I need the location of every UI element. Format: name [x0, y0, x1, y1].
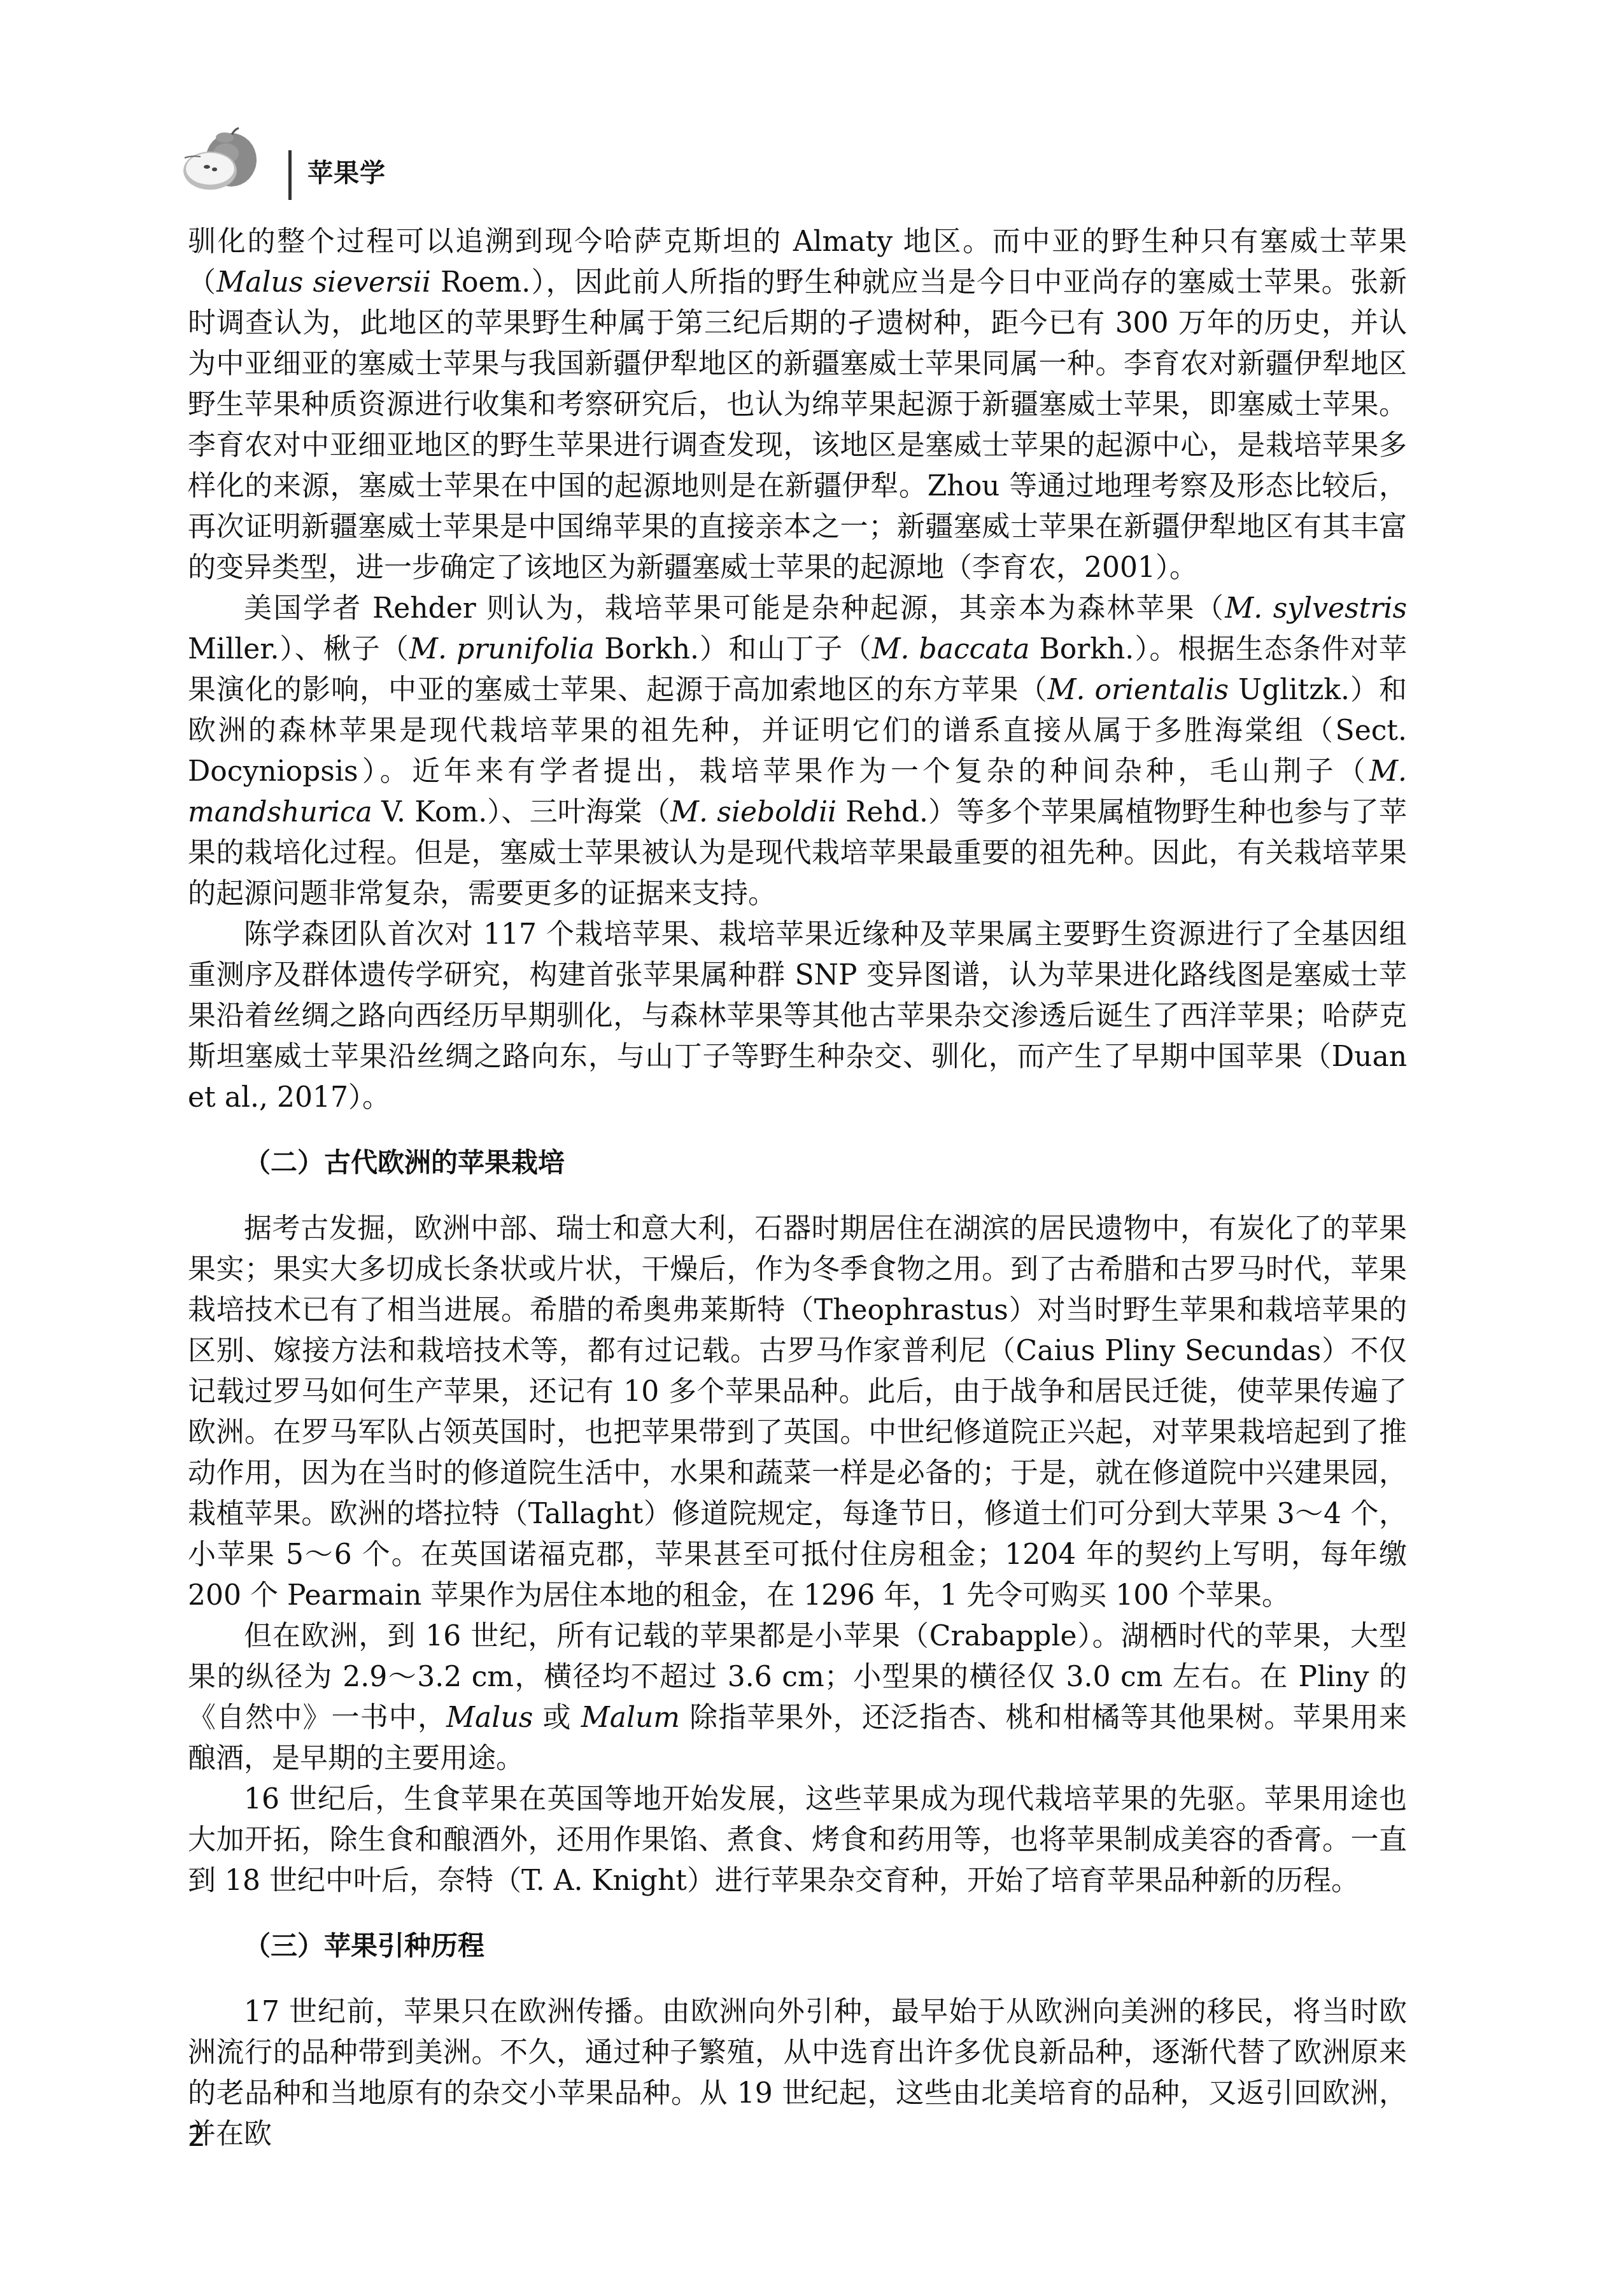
paragraph: 美国学者 Rehder 则认为，栽培苹果可能是杂种起源，其亲本为森林苹果（M. … [188, 588, 1407, 914]
latin-species-name: Malus sieversii [216, 266, 431, 299]
section-heading: （三）苹果引种历程 [244, 1926, 1407, 1966]
latin-species-name: M. orientalis [1047, 674, 1229, 706]
running-header: 苹果学 [175, 125, 621, 208]
page-number: 2 [188, 2120, 206, 2153]
paragraph: 16 世纪后，生食苹果在英国等地开始发展，这些苹果成为现代栽培苹果的先驱。苹果用… [188, 1779, 1407, 1901]
paragraph: 驯化的整个过程可以追溯到现今哈萨克斯坦的 Almaty 地区。而中亚的野生种只有… [188, 222, 1407, 588]
latin-species-name: M. sieboldii [670, 796, 837, 828]
section-heading: （二）古代欧洲的苹果栽培 [244, 1142, 1407, 1183]
paragraph: 17 世纪前，苹果只在欧洲传播。由欧洲向外引种，最早始于从欧洲向美洲的移民，将当… [188, 1992, 1407, 2155]
latin-species-name: M. prunifolia [409, 633, 595, 665]
paragraph: 陈学森团队首次对 117 个栽培苹果、栽培苹果近缘种及苹果属主要野生资源进行了全… [188, 914, 1407, 1118]
apple-halved-icon [175, 125, 271, 195]
paragraph: 据考古发掘，欧洲中部、瑞士和意大利，石器时期居住在湖滨的居民遗物中，有炭化了的苹… [188, 1209, 1407, 1616]
latin-species-name: Malus [446, 1701, 533, 1734]
book-title: 苹果学 [307, 153, 386, 189]
page-body: 驯化的整个过程可以追溯到现今哈萨克斯坦的 Almaty 地区。而中亚的野生种只有… [188, 222, 1407, 2155]
latin-species-name: Malum [581, 1701, 680, 1734]
latin-species-name: M. sylvestris [1225, 592, 1407, 625]
latin-species-name: M. baccata [872, 633, 1029, 665]
header-divider [288, 150, 292, 200]
paragraph: 但在欧洲，到 16 世纪，所有记载的苹果都是小苹果（Crabapple）。湖栖时… [188, 1616, 1407, 1779]
